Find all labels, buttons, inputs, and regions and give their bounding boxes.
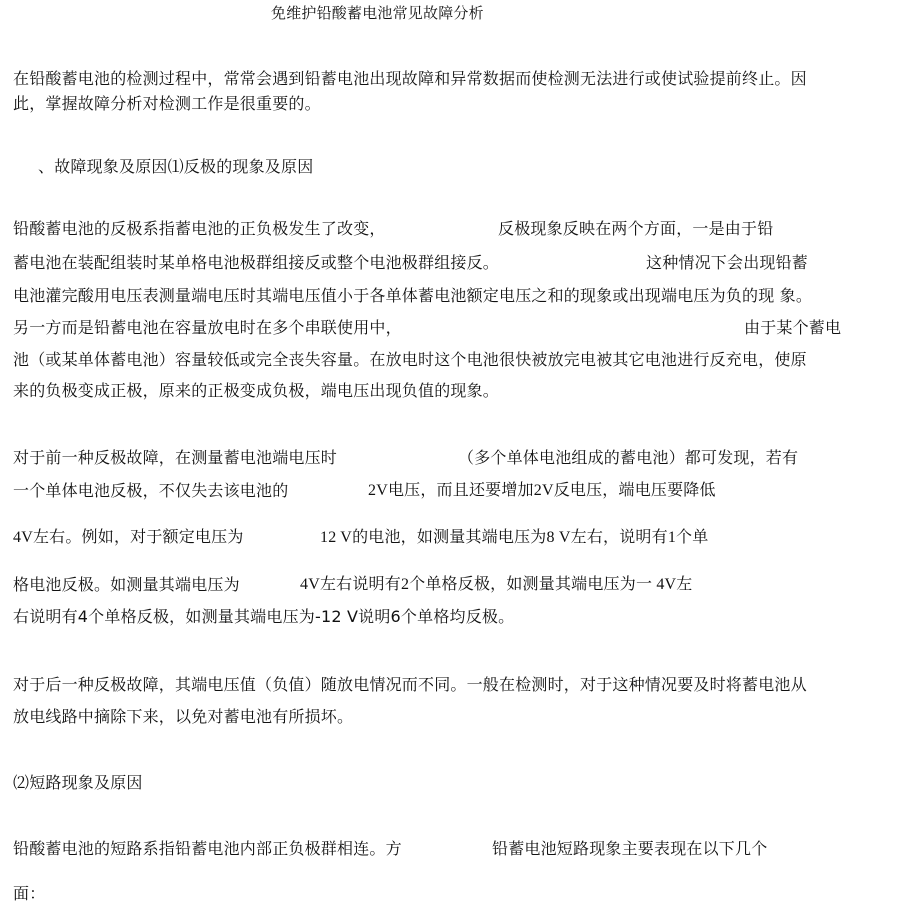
document-title: 免维护铅酸蓄电池常见故障分析 <box>271 3 484 23</box>
short-para-line-1a: 铅酸蓄电池的短路系指铅蓄电池内部正负极群相连。方 <box>13 839 402 859</box>
former-para-line-1a: 对于前一种反极故障，在测量蓄电池端电压时 <box>13 448 337 468</box>
former-para-line-4a: 格电池反极。如测量其端电压为 <box>13 575 240 595</box>
reverse-para-line-3: 电池灌完酸用电压表测量端电压时其端电压值小于各单体蓄电池额定电压之和的现象或出现… <box>13 286 812 306</box>
reverse-para-line-4b: 由于某个蓄电 <box>744 318 841 338</box>
reverse-para-line-4a: 另一方而是铅蓄电池在容量放电时在多个串联使用中， <box>13 318 402 338</box>
short-para-line-2: 面： <box>13 884 45 904</box>
section-heading-short-circuit: ⑵短路现象及原因 <box>13 773 143 793</box>
intro-line-1: 在铅酸蓄电池的检测过程中，常常会遇到铅蓄电池出现故障和异常数据而使检测无法进行或… <box>13 69 807 89</box>
former-para-line-2a: 一个单体电池反极，不仅失去该电池的 <box>13 481 288 501</box>
section-heading-reverse-polarity: 、故障现象及原因⑴反极的现象及原因 <box>38 157 313 177</box>
reverse-para-line-1a: 铅酸蓄电池的反极系指蓄电池的正负极发生了改变， <box>13 219 386 239</box>
reverse-para-line-5: 池（或某单体蓄电池）容量较低或完全丧失容量。在放电时这个电池很快被放完电被其它电… <box>13 350 807 370</box>
reverse-para-line-2b: 这种情况下会出现铅蓄 <box>646 253 808 273</box>
former-para-line-3b: 12 V的电池，如测量其端电压为8 V左右，说明有1个单 <box>320 528 708 548</box>
short-para-line-1b: 铅蓄电池短路现象主要表现在以下几个 <box>492 839 767 859</box>
reverse-para-line-2a: 蓄电池在装配组装时某单格电池极群组接反或整个电池极群组接反。 <box>13 253 499 273</box>
former-para-line-5: 右说明有4个单格反极，如测量其端电压为-12 V说明6个单格均反极。 <box>13 607 514 627</box>
former-para-line-4b: 4V左右说明有2个单格反极，如测量其端电压为一 4V左 <box>300 575 693 595</box>
reverse-para-line-6: 来的负极变成正极，原来的正极变成负极，端电压出现负值的现象。 <box>13 381 499 401</box>
reverse-para-line-1b: 反极现象反映在两个方面，一是由于铅 <box>498 219 773 239</box>
latter-para-line-1: 对于后一种反极故障，其端电压值（负值）随放电情况而不同。一般在检测时，对于这种情… <box>13 675 807 695</box>
former-para-line-1b: （多个单体电池组成的蓄电池）都可发现，若有 <box>458 448 798 468</box>
intro-line-2: 此，掌握故障分析对检测工作是很重要的。 <box>13 94 321 114</box>
latter-para-line-2: 放电线路中摘除下来，以免对蓄电池有所损坏。 <box>13 707 353 727</box>
former-para-line-3a: 4V左右。例如，对于额定电压为 <box>13 528 244 548</box>
former-para-line-2b: 2V电压，而且还要增加2V反电压，端电压要降低 <box>368 481 716 501</box>
document-page: 免维护铅酸蓄电池常见故障分析 在铅酸蓄电池的检测过程中，常常会遇到铅蓄电池出现故… <box>0 0 920 920</box>
